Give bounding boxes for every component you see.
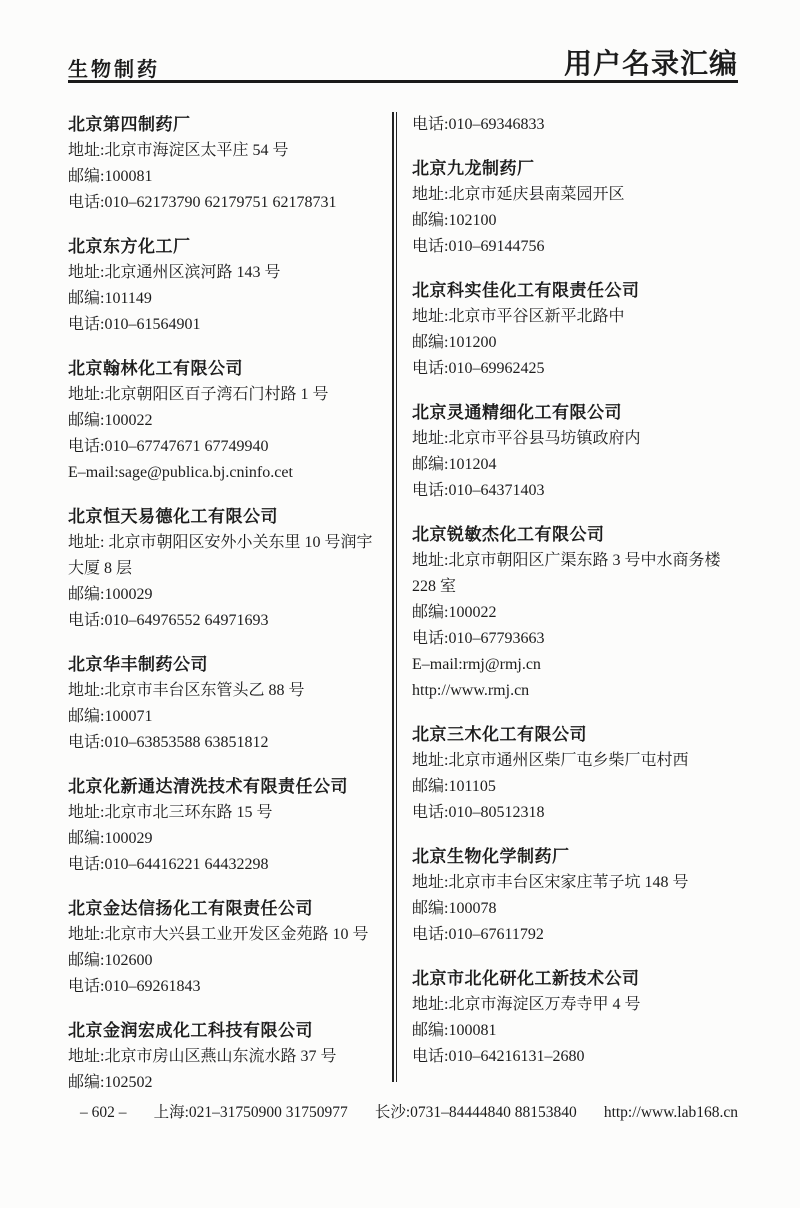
directory-entry: 北京东方化工厂地址:北京通州区滨河路 143 号邮编:101149电话:010–…	[68, 234, 380, 338]
postcode-line: 邮编:100022	[68, 408, 380, 434]
directory-entry: 北京市北化研化工新技术公司地址:北京市海淀区万寿寺甲 4 号邮编:100081电…	[412, 966, 738, 1070]
column-divider	[392, 112, 397, 1082]
company-name: 北京化新通达清洗技术有限责任公司	[68, 774, 380, 800]
phone-line: 电话:010–69261843	[68, 974, 380, 1000]
directory-entry: 北京第四制药厂地址:北京市海淀区太平庄 54 号邮编:100081电话:010–…	[68, 112, 380, 216]
phone-line: 电话:010–69144756	[412, 234, 738, 260]
left-column: 北京第四制药厂地址:北京市海淀区太平庄 54 号邮编:100081电话:010–…	[68, 112, 380, 1114]
address-line: 地址:北京市房山区燕山东流水路 37 号	[68, 1044, 380, 1070]
company-name: 北京九龙制药厂	[412, 156, 738, 182]
company-name: 北京东方化工厂	[68, 234, 380, 260]
url-line: http://www.rmj.cn	[412, 678, 738, 704]
phone-line: 电话:010–63853588 63851812	[68, 730, 380, 756]
phone-line: 电话:010–64371403	[412, 478, 738, 504]
directory-entry: 北京三木化工有限公司地址:北京市通州区柴厂屯乡柴厂屯村西邮编:101105电话:…	[412, 722, 738, 826]
address-line: 地址:北京市朝阳区广渠东路 3 号中水商务楼 228 室	[412, 548, 738, 600]
address-line: 地址:北京市丰台区宋家庄苇子坑 148 号	[412, 870, 738, 896]
company-name: 北京生物化学制药厂	[412, 844, 738, 870]
directory-entry: 北京华丰制药公司地址:北京市丰台区东管头乙 88 号邮编:100071电话:01…	[68, 652, 380, 756]
phone-line: 电话:010–67793663	[412, 626, 738, 652]
phone-line: 电话:010–62173790 62179751 62178731	[68, 190, 380, 216]
phone-line: 电话:010–69346833	[412, 112, 738, 138]
postcode-line: 邮编:101105	[412, 774, 738, 800]
company-name: 北京三木化工有限公司	[412, 722, 738, 748]
phone-line: 电话:010–67747671 67749940	[68, 434, 380, 460]
company-name: 北京灵通精细化工有限公司	[412, 400, 738, 426]
phone-line: 电话:010–64216131–2680	[412, 1044, 738, 1070]
company-name: 北京华丰制药公司	[68, 652, 380, 678]
company-name: 北京市北化研化工新技术公司	[412, 966, 738, 992]
directory-entry: 北京翰林化工有限公司地址:北京朝阳区百子湾石门村路 1 号邮编:100022电话…	[68, 356, 380, 486]
address-line: 地址:北京朝阳区百子湾石门村路 1 号	[68, 382, 380, 408]
email-line: E–mail:sage@publica.bj.cninfo.cet	[68, 460, 380, 486]
company-name: 北京锐敏杰化工有限公司	[412, 522, 738, 548]
directory-entry: 电话:010–69346833	[412, 112, 738, 138]
postcode-line: 邮编:101149	[68, 286, 380, 312]
phone-line: 电话:010–80512318	[412, 800, 738, 826]
address-line: 地址:北京市大兴县工业开发区金苑路 10 号	[68, 922, 380, 948]
phone-line: 电话:010–67611792	[412, 922, 738, 948]
phone-line: 电话:010–64416221 64432298	[68, 852, 380, 878]
company-name: 北京金润宏成化工科技有限公司	[68, 1018, 380, 1044]
address-line: 地址:北京市通州区柴厂屯乡柴厂屯村西	[412, 748, 738, 774]
company-name: 北京恒天易德化工有限公司	[68, 504, 380, 530]
address-line: 地址: 北京市朝阳区安外小关东里 10 号润宇大厦 8 层	[68, 530, 380, 582]
header-rule	[68, 80, 738, 83]
company-name: 北京第四制药厂	[68, 112, 380, 138]
directory-entry: 北京恒天易德化工有限公司地址: 北京市朝阳区安外小关东里 10 号润宇大厦 8 …	[68, 504, 380, 634]
postcode-line: 邮编:101204	[412, 452, 738, 478]
postcode-line: 邮编:100029	[68, 582, 380, 608]
postcode-line: 邮编:101200	[412, 330, 738, 356]
address-line: 地址:北京市平谷区新平北路中	[412, 304, 738, 330]
postcode-line: 邮编:102600	[68, 948, 380, 974]
address-line: 地址:北京市延庆县南菜园开区	[412, 182, 738, 208]
company-name: 北京翰林化工有限公司	[68, 356, 380, 382]
phone-line: 电话:010–64976552 64971693	[68, 608, 380, 634]
address-line: 地址:北京市丰台区东管头乙 88 号	[68, 678, 380, 704]
shanghai-phones: 上海:021–31750900 31750977	[154, 1100, 348, 1122]
directory-entry: 北京金达信扬化工有限责任公司地址:北京市大兴县工业开发区金苑路 10 号邮编:1…	[68, 896, 380, 1000]
postcode-line: 邮编:100081	[68, 164, 380, 190]
directory-entry: 北京科实佳化工有限责任公司地址:北京市平谷区新平北路中邮编:101200电话:0…	[412, 278, 738, 382]
address-line: 地址:北京市北三环东路 15 号	[68, 800, 380, 826]
page-footer: – 602 – 上海:021–31750900 31750977 长沙:0731…	[68, 1100, 738, 1122]
phone-line: 电话:010–69962425	[412, 356, 738, 382]
address-line: 地址:北京市平谷县马坊镇政府内	[412, 426, 738, 452]
directory-entry: 北京灵通精细化工有限公司地址:北京市平谷县马坊镇政府内邮编:101204电话:0…	[412, 400, 738, 504]
directory-entry: 北京九龙制药厂地址:北京市延庆县南菜园开区邮编:102100电话:010–691…	[412, 156, 738, 260]
directory-entry: 北京金润宏成化工科技有限公司地址:北京市房山区燕山东流水路 37 号邮编:102…	[68, 1018, 380, 1096]
postcode-line: 邮编:102100	[412, 208, 738, 234]
section-title: 生物制药	[68, 53, 160, 82]
directory-entry: 北京锐敏杰化工有限公司地址:北京市朝阳区广渠东路 3 号中水商务楼 228 室邮…	[412, 522, 738, 704]
directory-page: 生物制药 用户名录汇编 北京第四制药厂地址:北京市海淀区太平庄 54 号邮编:1…	[0, 0, 800, 1208]
address-line: 地址:北京市海淀区万寿寺甲 4 号	[412, 992, 738, 1018]
postcode-line: 邮编:100071	[68, 704, 380, 730]
postcode-line: 邮编:100081	[412, 1018, 738, 1044]
changsha-phones: 长沙:0731–84444840 88153840	[375, 1100, 577, 1122]
postcode-line: 邮编:100029	[68, 826, 380, 852]
postcode-line: 邮编:100078	[412, 896, 738, 922]
address-line: 地址:北京市海淀区太平庄 54 号	[68, 138, 380, 164]
page-number: – 602 –	[68, 1104, 127, 1122]
directory-entry: 北京生物化学制药厂地址:北京市丰台区宋家庄苇子坑 148 号邮编:100078电…	[412, 844, 738, 948]
email-line: E–mail:rmj@rmj.cn	[412, 652, 738, 678]
footer-website: http://www.lab168.cn	[604, 1104, 738, 1122]
company-name: 北京金达信扬化工有限责任公司	[68, 896, 380, 922]
directory-content: 北京第四制药厂地址:北京市海淀区太平庄 54 号邮编:100081电话:010–…	[68, 112, 738, 1114]
book-title: 用户名录汇编	[564, 42, 738, 82]
right-column: 电话:010–69346833北京九龙制药厂地址:北京市延庆县南菜园开区邮编:1…	[412, 112, 738, 1114]
address-line: 地址:北京通州区滨河路 143 号	[68, 260, 380, 286]
directory-entry: 北京化新通达清洗技术有限责任公司地址:北京市北三环东路 15 号邮编:10002…	[68, 774, 380, 878]
phone-line: 电话:010–61564901	[68, 312, 380, 338]
postcode-line: 邮编:102502	[68, 1070, 380, 1096]
company-name: 北京科实佳化工有限责任公司	[412, 278, 738, 304]
postcode-line: 邮编:100022	[412, 600, 738, 626]
page-header: 生物制药 用户名录汇编	[68, 42, 738, 82]
